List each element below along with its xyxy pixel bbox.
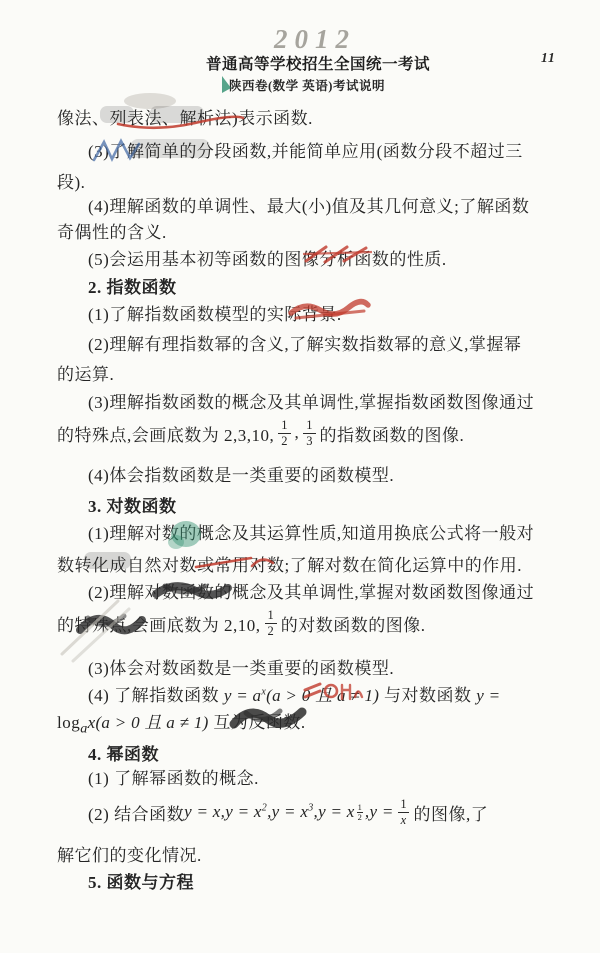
body-line-exp-concept: (3)理解指数函数的概念及其单调性,掌握指数函数图像通过 (88, 388, 534, 413)
math-segment: logax(a > 0 且 a ≠ 1) (57, 713, 209, 732)
section-heading-logarithm: 3. 对数函数 (88, 492, 177, 517)
body-line-monotonicity-2: 奇偶性的含义. (57, 218, 167, 243)
body-line-graph-analysis: (5)会运用基本初等函数的图像分析函数的性质. (88, 245, 447, 270)
body-line-piecewise-2: 段). (57, 168, 85, 193)
text-segment: 互为反函数. (209, 713, 306, 732)
section-heading-exponential: 2. 指数函数 (88, 273, 177, 298)
body-line-log-concept-2: 数转化成自然对数或常用对数;了解对数在简化运算中的作用. (57, 551, 522, 576)
fraction-numerator: 1 (281, 418, 287, 432)
body-line-rational-power-2: 的运算. (57, 360, 114, 385)
body-line-power-concept: (1) 了解幂函数的概念. (88, 764, 259, 789)
year-watermark: 2012 (274, 24, 356, 55)
body-line-inverse-2: logax(a > 0 且 a ≠ 1) 互为反函数. (57, 708, 306, 737)
text-segment: 的对数函数的图像. (281, 611, 426, 636)
body-line-log-model: (3)体会对数函数是一类重要的函数模型. (88, 654, 394, 679)
math-text: ,y = x (314, 802, 355, 821)
fraction-one-half: 12 (265, 608, 277, 638)
fraction-numerator: 1 (268, 608, 274, 622)
section-heading-function-equation: 5. 函数与方程 (88, 868, 194, 893)
superscript-fraction-one-half: 12 (357, 803, 363, 822)
body-line-power-graphs: (2) 结合函数 y = x,y = x2,y = x3,y = x12,y =… (88, 795, 488, 829)
fraction-numerator: 1 (306, 418, 312, 432)
text-segment: 的图像,了 (413, 800, 488, 825)
text-segment: 的特殊点,会画底数为 2,3,10, (57, 421, 274, 446)
fraction-denominator: 3 (303, 433, 315, 448)
body-line-log-graph-bases: 的特殊点,会画底数为 2,10, 12 的对数函数的图像. (57, 606, 426, 640)
body-line-monotonicity-1: (4)理解函数的单调性、最大(小)值及其几何意义;了解函数 (88, 192, 529, 217)
text-segment: 的特殊点,会画底数为 2,10, (57, 611, 261, 636)
fraction-denominator: 2 (278, 433, 290, 448)
body-line-power-variation: 解它们的变化情况. (57, 841, 202, 866)
text-segment: (4) 了解指数函数 (88, 686, 224, 705)
fraction-one-third: 13 (303, 418, 315, 448)
body-line-log-concept-1: (1)理解对数的概念及其运算性质,知道用换底公式将一般对 (88, 519, 534, 544)
exam-title: 普通高等学校招生全国统一考试 (206, 52, 430, 74)
body-line-representation-methods: 像法、列表法、解析法)表示函数. (57, 104, 313, 129)
fraction-one-over-x: 1x (398, 797, 410, 827)
fraction-numerator: 1 (358, 803, 362, 812)
body-line-piecewise-1: (3)了解简单的分段函数,并能简单应用(函数分段不超过三 (88, 137, 523, 162)
fraction-denominator: x (398, 812, 410, 827)
text-segment: (2) 结合函数 (88, 800, 184, 825)
math-text: log (57, 713, 80, 732)
exam-subtitle: 陕西卷(数学 英语)考试说明 (229, 76, 385, 94)
text-segment: 与对数函数 (379, 686, 476, 705)
body-line-log-function: (2)理解对数函数的概念及其单调性,掌握对数函数图像通过 (88, 578, 534, 603)
math-text: ,y = (365, 802, 394, 821)
fraction-numerator: 1 (400, 797, 406, 811)
text-segment: , (295, 423, 300, 443)
body-line-exp-model: (4)体会指数函数是一类重要的函数模型. (88, 461, 394, 486)
math-text: y = a (224, 686, 262, 705)
fraction-denominator: 2 (265, 623, 277, 638)
body-line-exp-graph-bases: 的特殊点,会画底数为 2,3,10, 12 , 13 的指数函数的图像. (57, 416, 464, 450)
math-text: ,y = x (267, 802, 308, 821)
math-segment: y = ax(a > 0 且 a ≠ 1) (224, 686, 379, 705)
page-number: 11 (541, 50, 556, 66)
math-segment: y = x,y = x2,y = x3,y = x12,y = (184, 802, 394, 822)
subscript-a: a (80, 720, 87, 736)
fraction-denominator: 2 (357, 812, 363, 822)
math-text: x(a > 0 且 a ≠ 1) (88, 713, 209, 732)
math-text: y = x,y = x (184, 802, 262, 821)
body-line-inverse-1: (4) 了解指数函数 y = ax(a > 0 且 a ≠ 1) 与对数函数 y… (88, 681, 500, 706)
math-text: (a > 0 且 a ≠ 1) (266, 686, 379, 705)
body-line-rational-power-1: (2)理解有理指数幂的含义,了解实数指数幂的意义,掌握幂 (88, 330, 521, 355)
math-text: y = (476, 686, 500, 705)
scanned-exam-syllabus-page: 11 2012 普通高等学校招生全国统一考试 陕西卷(数学 英语)考试说明 像法… (0, 0, 600, 953)
section-heading-power: 4. 幂函数 (88, 740, 159, 765)
fraction-one-half: 12 (278, 418, 290, 448)
text-segment: 的指数函数的图像. (320, 421, 465, 446)
body-line-exp-background: (1)了解指数函数模型的实际背景. (88, 300, 342, 325)
